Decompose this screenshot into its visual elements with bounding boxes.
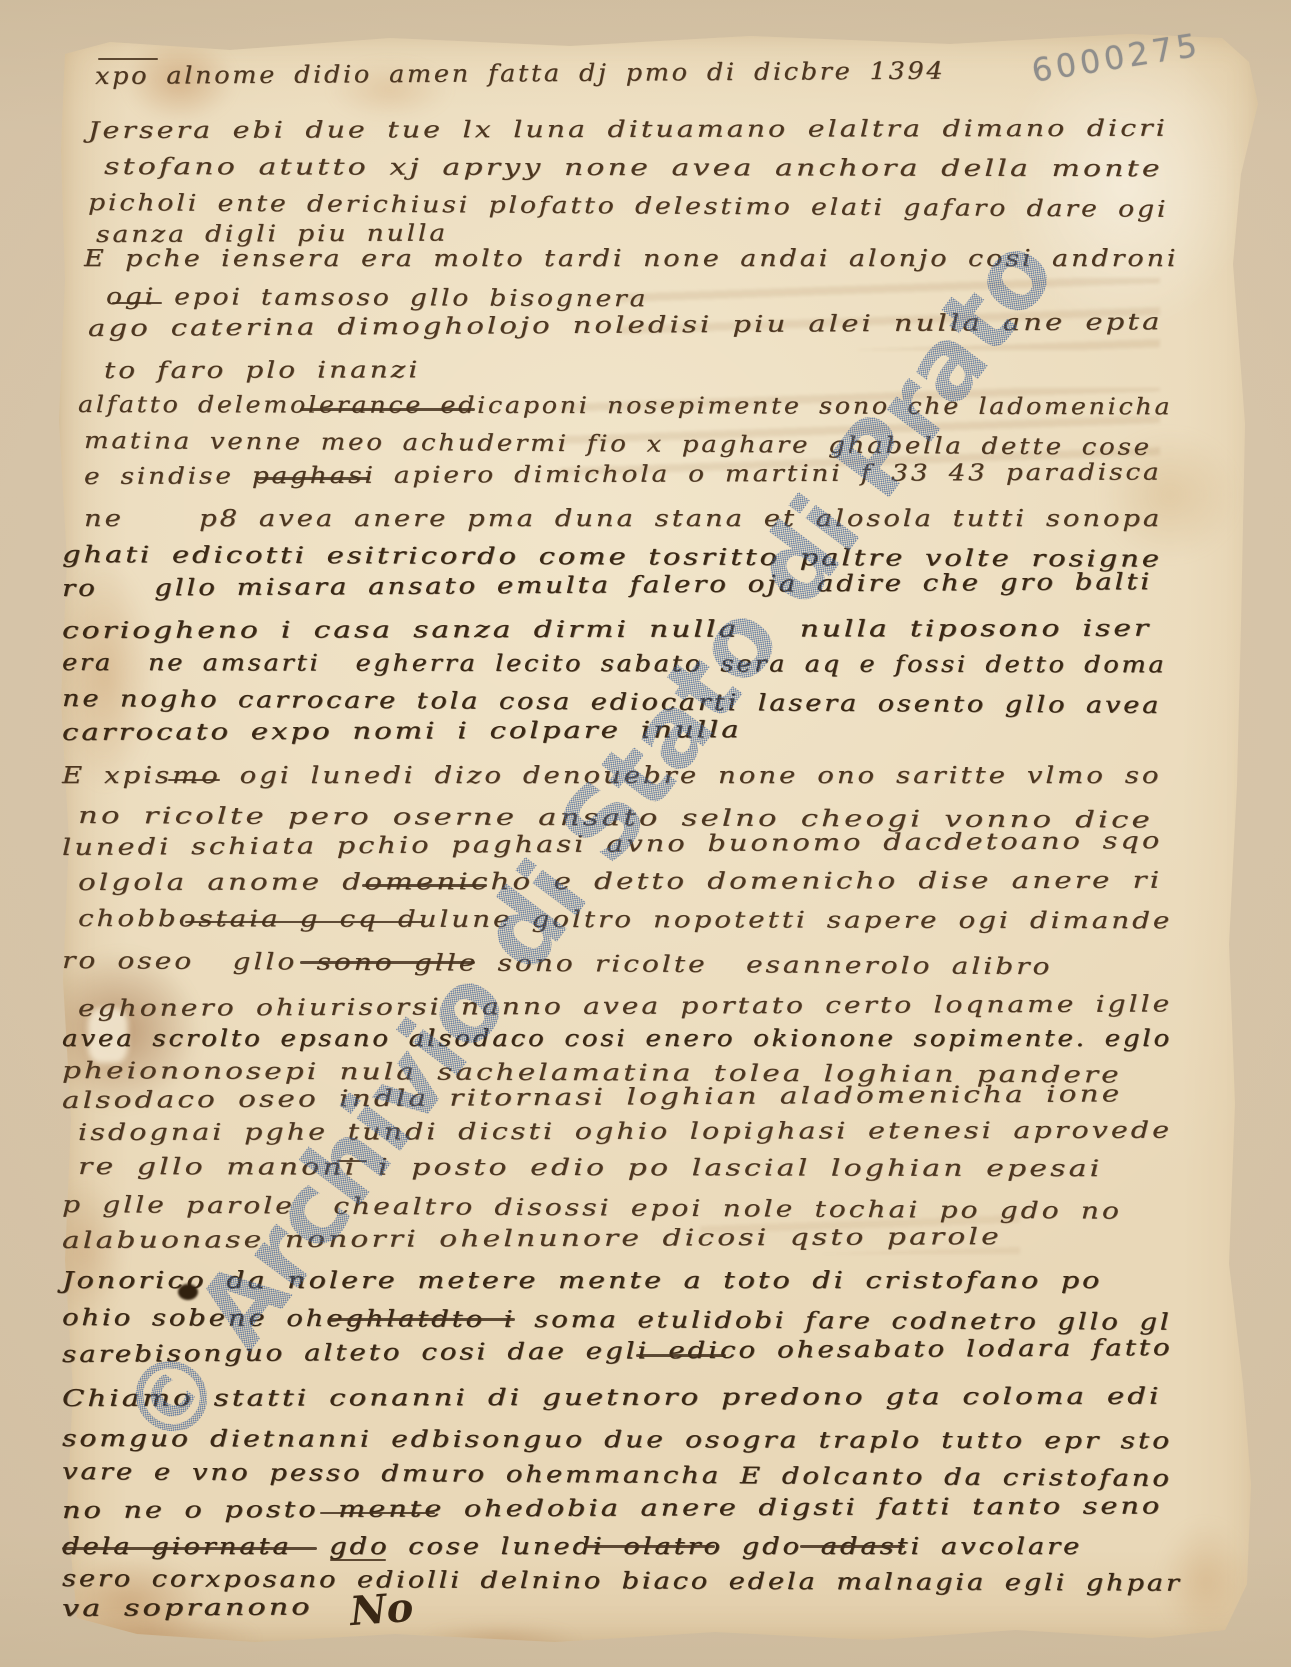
manuscript-line: E xpismo ogi lunedi dizo denouebre none … xyxy=(62,765,1161,788)
ink-stroke xyxy=(636,1354,726,1357)
manuscript-line: Jonorico da nolere metere mente a toto d… xyxy=(62,1270,1102,1293)
manuscript-line: coriogheno i casa sanza dirmi nulla null… xyxy=(62,618,1151,643)
ink-stroke xyxy=(362,884,487,887)
manuscript-line: ro oseo gllo sono glle sono ricolte esan… xyxy=(62,950,1053,979)
manuscript-line: ne nogho carrocare tola cosa ediocarti l… xyxy=(62,688,1161,718)
manuscript-line: olgola anome domenicho e detto domenicho… xyxy=(78,870,1162,895)
manuscript-line: e sindise paghasi apiero dimichola o mar… xyxy=(84,461,1162,489)
manuscript-line: matina venne meo achudermi fio x paghare… xyxy=(84,430,1152,460)
manuscript-line: somguo dietnanni edbisonguo due osogra t… xyxy=(62,1428,1172,1453)
ink-stroke xyxy=(585,1545,715,1548)
ink-stroke xyxy=(185,921,425,923)
manuscript-line: re gllo manoni i posto edio po lascial l… xyxy=(78,1156,1103,1181)
pen-flourish: No xyxy=(348,1584,414,1635)
manuscript-line: vare e vno pesso dmuro ohemmancha E dolc… xyxy=(62,1461,1172,1491)
ink-stroke xyxy=(300,961,475,964)
ink-stroke xyxy=(98,58,158,60)
manuscript-line: p glle parole chealtro disossi epoi nole… xyxy=(62,1194,1122,1224)
manuscript-line: lunedi schiata pchio paghasi avno buonom… xyxy=(62,830,1162,860)
ink-stroke xyxy=(112,302,162,304)
manuscript-line: ogi epoi tamsoso gllo bisognera xyxy=(106,286,648,311)
manuscript-line: avea scrolto epsano alsodaco cosi enero … xyxy=(62,1028,1172,1051)
ink-stroke xyxy=(800,1545,905,1548)
ink-stroke xyxy=(320,1512,435,1514)
manuscript-line: alabuonase nonorri ohelnunore dicosi qst… xyxy=(62,1226,1002,1253)
ink-stroke xyxy=(330,1318,515,1321)
manuscript-line: picholi ente derichiusi plofatto delesti… xyxy=(88,192,1169,222)
manuscript-text: xpo alnome didio amen fatta dj pmo di di… xyxy=(0,0,1291,1667)
manuscript-line: ro gllo misara ansato emulta falero oja … xyxy=(62,571,1152,601)
manuscript-line: E pche iensera era molto tardi none anda… xyxy=(84,248,1178,271)
ink-stroke xyxy=(337,1160,367,1162)
ink-stroke xyxy=(255,477,370,480)
manuscript-scan: xpo alnome didio amen fatta dj pmo di di… xyxy=(0,0,1291,1667)
ink-blot xyxy=(178,1284,198,1300)
manuscript-line: ago caterina dimogholojo noledisi piu al… xyxy=(88,311,1163,341)
manuscript-line: stofano atutto xj apryy none avea anchor… xyxy=(104,156,1163,181)
manuscript-line: Chiamo statti conanni di guetnoro predon… xyxy=(62,1386,1162,1411)
manuscript-line: va sopranono xyxy=(62,1596,313,1621)
manuscript-line: xpo alnome didio amen fatta dj pmo di di… xyxy=(95,59,945,88)
manuscript-line: isdognai pghe tundi dicsti oghio lopigha… xyxy=(78,1120,1172,1145)
manuscript-line: alsodaco oseo indla ritornasi loghian al… xyxy=(62,1083,1122,1113)
ink-stroke xyxy=(168,779,220,781)
manuscript-line: Jersera ebi due tue lx luna dituamano el… xyxy=(88,118,1168,143)
manuscript-line: era ne amsarti egherra lecito sabato ser… xyxy=(62,652,1166,677)
manuscript-line: ghati edicotti esitricordo come tosritto… xyxy=(62,544,1162,572)
manuscript-line: eghonero ohiurisorsi nanno avea portato … xyxy=(78,993,1172,1021)
manuscript-line: sanza digli piu nulla xyxy=(96,223,448,247)
ink-stroke xyxy=(330,1559,386,1561)
manuscript-line: to faro plo inanzi xyxy=(104,359,420,383)
manuscript-line: ne p8 avea anere pma duna stana et aloso… xyxy=(84,508,1162,531)
manuscript-line: alfatto delemolerance edicaponi nosepime… xyxy=(78,394,1172,419)
manuscript-line: ohio sobene oheghlatdto i soma etulidobi… xyxy=(62,1307,1172,1335)
ink-stroke xyxy=(300,408,475,411)
manuscript-line: sarebisonguo alteto cosi dae egli edico … xyxy=(62,1337,1173,1367)
ink-stroke xyxy=(62,1547,317,1550)
manuscript-line: no ne o posto mente ohedobia anere digst… xyxy=(62,1495,1162,1523)
manuscript-line: sero corxposano ediolli delnino biaco ed… xyxy=(62,1568,1182,1596)
manuscript-line: carrocato expo nomi i colpare inulla xyxy=(62,719,742,745)
